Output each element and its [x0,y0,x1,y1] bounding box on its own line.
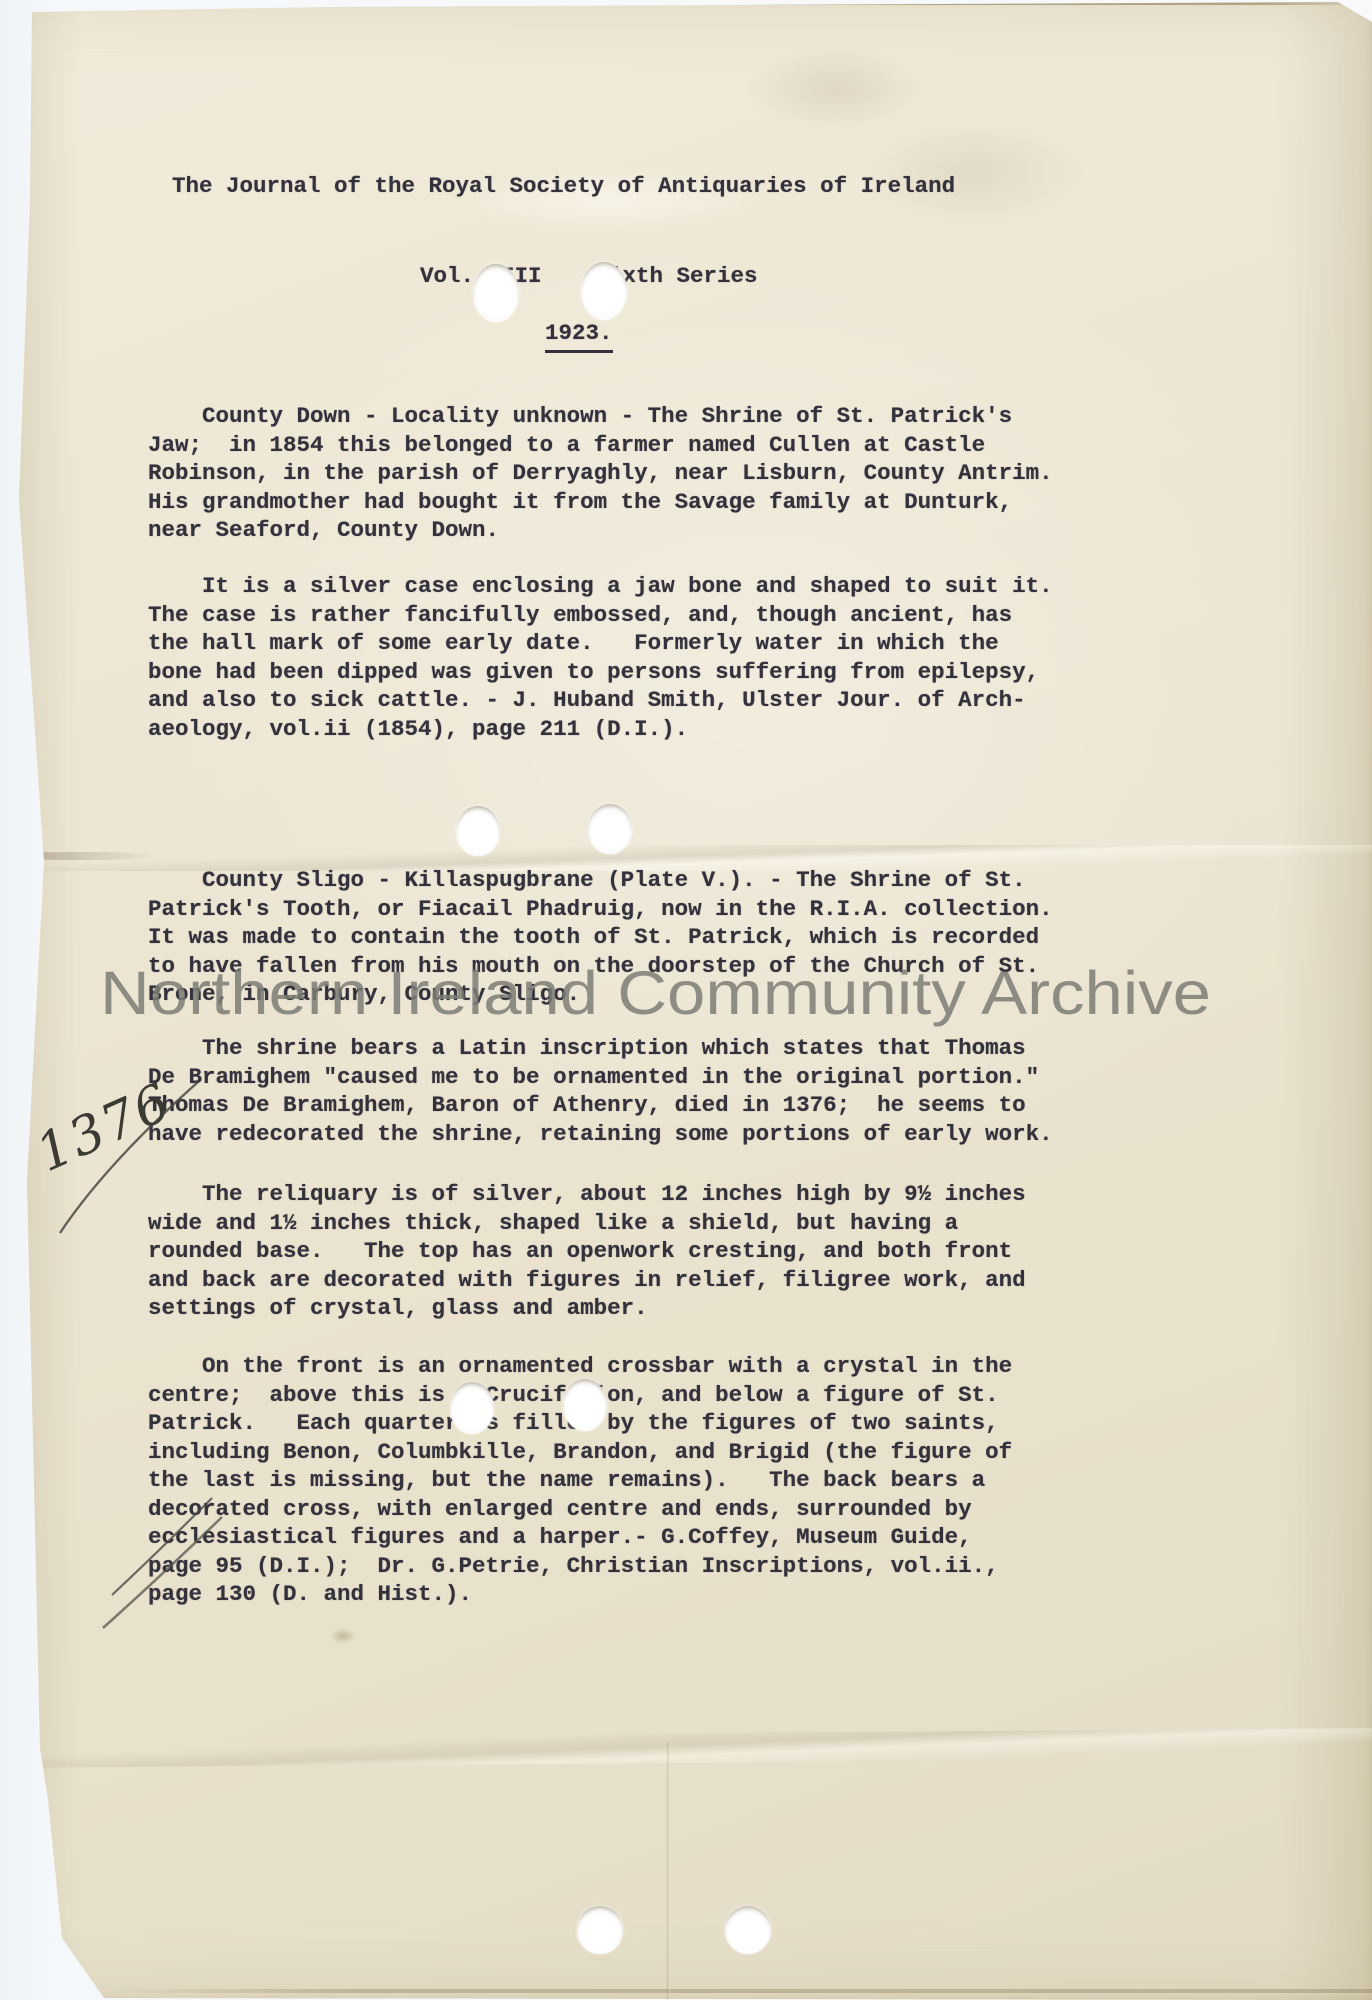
paragraph-reliquary-description: The reliquary is of silver, about 12 inc… [148,1180,1228,1323]
paper-stain [330,1628,356,1644]
paper-top-edge-shadow [300,2,1372,5]
punch-hole [588,804,632,854]
punch-hole [581,262,627,320]
punch-hole [725,1906,771,1954]
punch-hole [577,1906,623,1954]
vertical-fold-crease [666,1742,670,2000]
paper-bottom-edge-shadow [100,1989,1372,1993]
paragraph-silver-case: It is a silver case enclosing a jaw bone… [148,572,1228,743]
handwritten-margin-number: 1376 [28,1072,181,1184]
journal-title: The Journal of the Royal Society of Anti… [172,172,955,201]
document-page: The Journal of the Royal Society of Anti… [0,0,1372,2000]
punch-hole [456,806,500,856]
year-heading: 1923. [545,319,613,353]
paragraph-county-down: County Down - Locality unknown - The Shr… [148,402,1228,545]
fold-crease-left-shadow [0,852,160,860]
paragraph-latin-inscription: The shrine bears a Latin inscription whi… [148,1034,1228,1148]
punch-hole [473,264,519,322]
punch-hole [450,1382,494,1434]
horizontal-fold-crease-lower [0,1728,1372,1768]
archive-watermark: Northern Ireland Community Archive [100,958,1211,1028]
paper-crumple-texture [380,10,1140,290]
paragraph-front-back-description: On the front is an ornamented crossbar w… [148,1352,1228,1609]
punch-hole [563,1379,607,1431]
